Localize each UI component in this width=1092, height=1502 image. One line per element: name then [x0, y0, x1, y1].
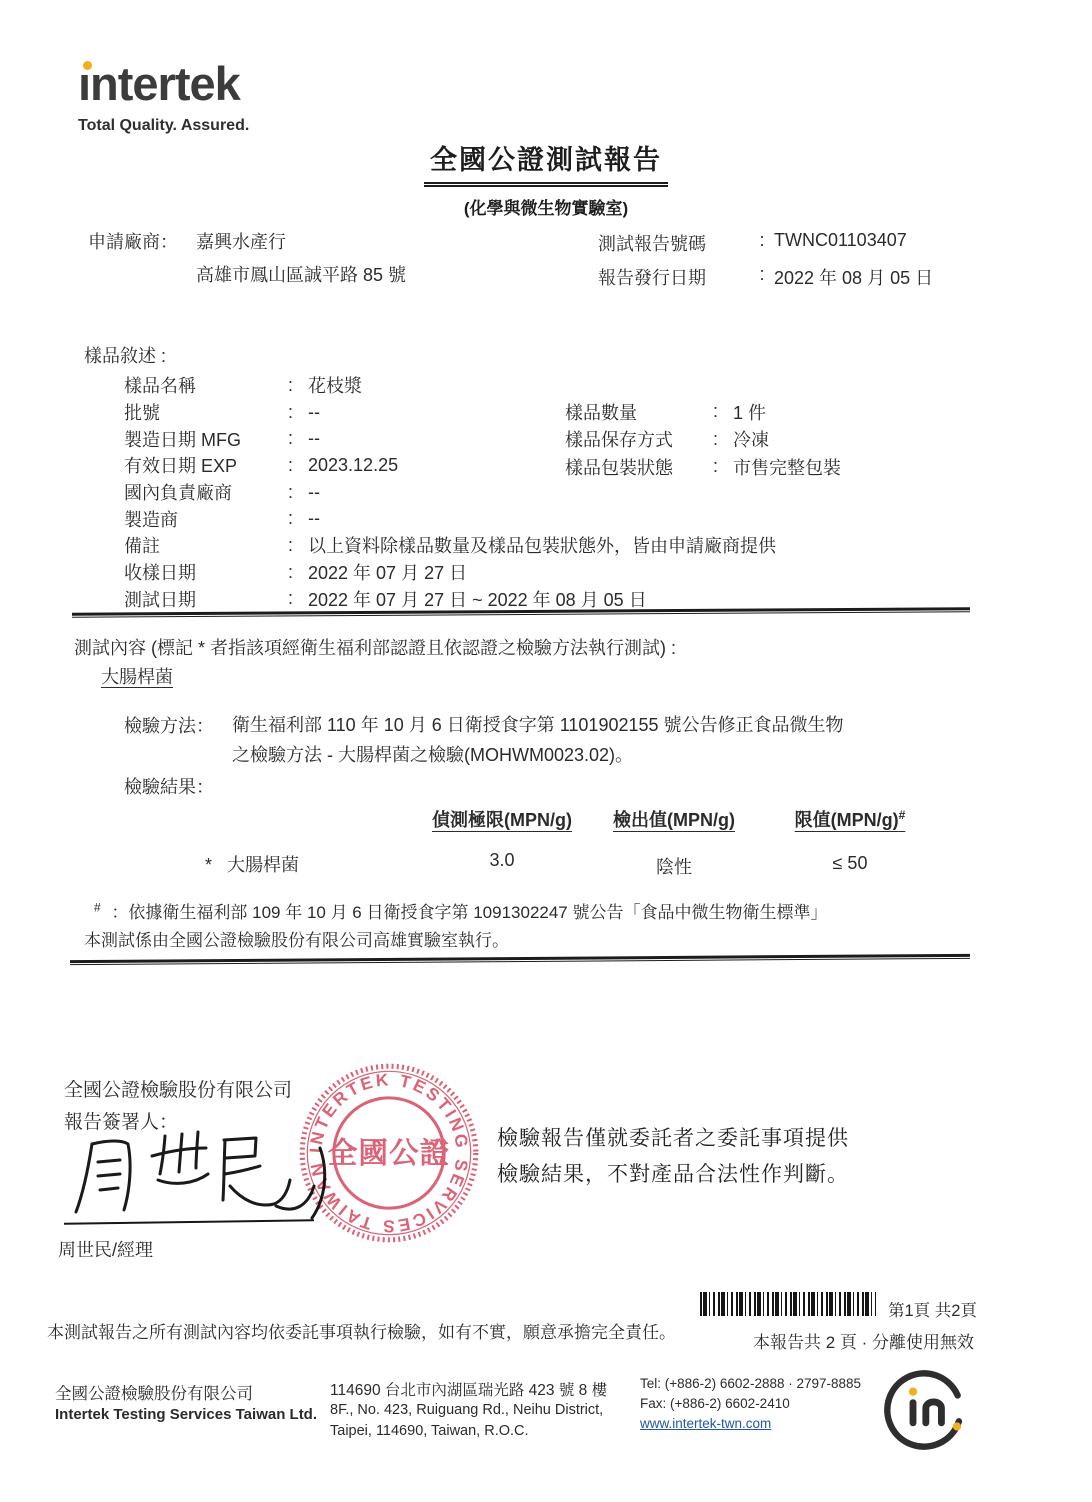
company-seal-stamp: INTERTEK TESTING SERVICES TAIWAN LTD. 全國… — [292, 1056, 486, 1250]
barcode — [700, 1292, 876, 1316]
table-header-detected: 檢出值(MPN/g) — [598, 806, 750, 832]
disclaimer-line1: 檢驗報告僅就委託者之委託事項提供 — [497, 1122, 849, 1152]
limit-header-sup: # — [899, 808, 906, 822]
colon: : — [750, 230, 774, 256]
report-number-value: TWNC01103407 — [774, 230, 907, 256]
field-value: 冷凍 — [733, 426, 769, 452]
sample-field-row: 樣品包裝狀態:市售完整包裝 — [565, 453, 841, 481]
field-value: -- — [308, 428, 320, 449]
field-value: 2023.12.25 — [308, 455, 398, 476]
applicant-address: 高雄市鳳山區誠平路 85 號 — [196, 261, 406, 287]
issue-date-value: 2022 年 08 月 05 日 — [774, 264, 933, 290]
report-title: 全國公證測試報告 — [424, 138, 668, 187]
sample-field-row: 備註:以上資料除樣品數量及樣品包裝狀態外，皆由申請廠商提供 — [124, 532, 776, 559]
field-value: -- — [308, 402, 320, 423]
footnote-hash-row: # ：依據衛生福利部 109 年 10 月 6 日衛授食字第 109130224… — [94, 898, 827, 923]
field-value: 花枝漿 — [308, 372, 362, 398]
method-label: 檢驗方法： — [124, 712, 214, 738]
colon: : — [288, 375, 308, 396]
footer-tel: Tel: (+886-2) 6602-2888 · 2797-8885 — [640, 1376, 861, 1391]
field-label: 樣品包裝狀態 — [565, 454, 713, 480]
field-label: 批號 — [124, 399, 288, 425]
intertek-logo: ıntertek Total Quality. Assured. — [78, 56, 249, 135]
field-label: 有效日期 EXP — [124, 452, 288, 478]
colon: : — [288, 562, 308, 583]
method-line1: 衛生福利部 110 年 10 月 6 日衛授食字第 1101902155 號公告… — [232, 710, 992, 740]
report-number-label: 測試報告號碼 — [598, 230, 750, 256]
issue-date-label: 報告發行日期 — [598, 264, 750, 290]
analyte-heading: 大腸桿菌 — [101, 663, 173, 689]
issue-date-row: 報告發行日期 : 2022 年 08 月 05 日 — [598, 264, 933, 290]
lab-note: 本測試係由全國公證檢驗股份有限公司高雄實驗室執行。 — [84, 926, 509, 951]
test-content-intro: 測試內容 (標記 * 者指該項經衛生福利部認證且依認證之檢驗方法執行測試) : — [74, 634, 676, 660]
certified-star: * — [205, 855, 212, 875]
footnote-hash: # — [94, 900, 101, 914]
footer-company-zh: 全國公證檢驗股份有限公司 — [55, 1380, 253, 1404]
sample-field-row: 製造商:-- — [124, 505, 776, 532]
colon: : — [713, 456, 733, 477]
sample-field-row: 收樣日期:2022 年 07 月 27 日 — [124, 559, 776, 586]
responsibility-statement: 本測試報告之所有測試內容均依委託事項執行檢驗，如有不實，願意承擔完全責任。 — [47, 1318, 676, 1343]
title-block: 全國公證測試報告 (化學與微生物實驗室) — [0, 138, 1092, 219]
report-subtitle: (化學與微生物實驗室) — [0, 194, 1092, 219]
field-label: 樣品數量 — [565, 399, 713, 425]
sample-right-fields: 樣品數量:1 件 樣品保存方式:冷凍 樣品包裝狀態:市售完整包裝 — [565, 398, 841, 481]
sample-section-label: 樣品敘述 : — [84, 342, 166, 368]
page-number: 第1頁 共2頁 — [888, 1297, 977, 1321]
colon: : — [288, 402, 308, 423]
colon: : — [288, 535, 308, 556]
footer-fax: Fax: (+886-2) 6602-2410 — [640, 1396, 790, 1411]
field-label: 製造日期 MFG — [124, 426, 288, 452]
limit-header-text: 限值(MPN/g) — [795, 810, 899, 830]
report-meta: 測試報告號碼 : TWNC01103407 報告發行日期 : 2022 年 08… — [598, 230, 933, 298]
applicant-name: 嘉興水產行 — [196, 228, 286, 254]
field-label: 備註 — [124, 532, 288, 558]
footer-address-zh: 114690 台北市內湖區瑞光路 423 號 8 樓 — [330, 1378, 607, 1400]
field-label: 收樣日期 — [124, 559, 288, 585]
colon: : — [288, 455, 308, 476]
colon: : — [288, 588, 308, 609]
cell-limit: ≤ 50 — [772, 853, 928, 874]
field-label: 測試日期 — [124, 586, 288, 612]
footer-website-link: www.intertek-twn.com — [640, 1416, 771, 1431]
field-value: 1 件 — [733, 399, 766, 425]
colon: : — [288, 508, 308, 529]
stamp-center-text: 全國公證 — [328, 1137, 451, 1170]
colon: : — [750, 264, 774, 290]
footer-address-en2: Taipei, 114690, Taiwan, R.O.C. — [330, 1423, 529, 1439]
sample-field-row: 樣品數量:1 件 — [565, 398, 841, 426]
pages-note: 本報告共 2 頁 · 分離使用無效 — [753, 1328, 974, 1353]
table-header-limit: 限值(MPN/g)# — [772, 806, 928, 832]
signing-company: 全國公證檢驗股份有限公司 — [64, 1075, 292, 1102]
field-label: 樣品保存方式 — [565, 426, 713, 452]
field-value: 2022 年 07 月 27 日 — [308, 559, 467, 585]
field-value: 以上資料除樣品數量及樣品包裝狀態外，皆由申請廠商提供 — [308, 532, 776, 558]
section-divider — [70, 954, 970, 965]
colon: : — [288, 428, 308, 449]
cell-lod: 3.0 — [408, 850, 596, 871]
colon: : — [713, 401, 733, 422]
footnote-text: ：依據衛生福利部 109 年 10 月 6 日衛授食字第 1091302247 … — [111, 903, 827, 922]
intertek-logo-yellow-dot-icon — [83, 61, 92, 70]
signer-name-title: 周世民/經理 — [58, 1236, 153, 1262]
footer-company-en: Intertek Testing Services Taiwan Ltd. — [55, 1406, 317, 1423]
field-value: -- — [308, 508, 320, 529]
sample-field-row: 樣品保存方式:冷凍 — [565, 426, 841, 454]
table-header-lod: 偵測極限(MPN/g) — [408, 806, 596, 832]
field-value: 2022 年 07 月 27 日 ~ 2022 年 08 月 05 日 — [308, 586, 647, 612]
sample-field-row: 樣品名稱:花枝漿 — [124, 372, 776, 399]
applicant-label: 申請廠商： — [88, 228, 178, 254]
report-number-row: 測試報告號碼 : TWNC01103407 — [598, 230, 933, 256]
field-label: 製造商 — [124, 506, 288, 532]
result-label: 檢驗結果： — [124, 773, 214, 799]
colon: : — [288, 482, 308, 503]
disclaimer-line2: 檢驗結果，不對產品合法性作判斷。 — [497, 1158, 849, 1188]
sample-field-row: 國內負責廠商:-- — [124, 479, 776, 506]
intertek-roundel-icon — [880, 1366, 968, 1454]
field-label: 樣品名稱 — [124, 372, 288, 398]
intertek-wordmark: ıntertek — [78, 57, 240, 110]
table-row-analyte: * 大腸桿菌 — [205, 851, 299, 877]
intertek-tagline: Total Quality. Assured. — [78, 117, 249, 135]
analyte-name: 大腸桿菌 — [227, 855, 299, 875]
method-text: 衛生福利部 110 年 10 月 6 日衛授食字第 1101902155 號公告… — [232, 710, 992, 770]
field-label: 國內負責廠商 — [124, 479, 288, 505]
field-value: -- — [308, 482, 320, 503]
field-value: 市售完整包裝 — [733, 454, 841, 480]
method-line2: 之檢驗方法 - 大腸桿菌之檢驗(MOHWM0023.02)。 — [232, 740, 992, 770]
footer-address-en1: 8F., No. 423, Ruiguang Rd., Neihu Distri… — [330, 1402, 603, 1418]
cell-detected: 陰性 — [598, 853, 750, 879]
report-page: ıntertek Total Quality. Assured. 全國公證測試報… — [0, 0, 1092, 1502]
colon: : — [713, 429, 733, 450]
